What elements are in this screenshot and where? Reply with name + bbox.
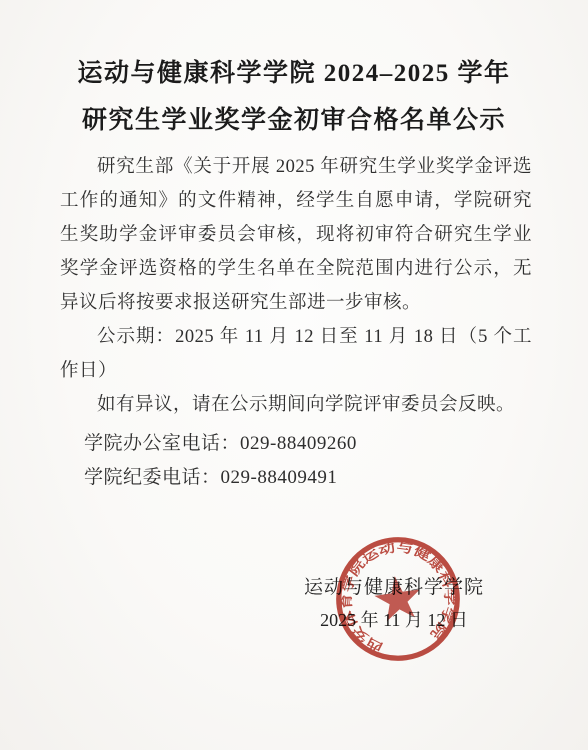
discipline-phone-line: 学院纪委电话：029-88409491 bbox=[84, 461, 357, 495]
document-title-line2: 研究生学业奖学金初审合格名单公示 bbox=[0, 100, 588, 136]
announcement-page: 运动与健康科学学院 2024–2025 学年 研究生学业奖学金初审合格名单公示 … bbox=[0, 0, 588, 750]
star-icon bbox=[372, 573, 424, 623]
paragraph-publicity-period: 公示期：2025 年 11 月 12 日至 11 月 18 日（5 个工作日） bbox=[60, 320, 532, 388]
contact-block: 学院办公室电话：029-88409260 学院纪委电话：029-88409491 bbox=[84, 427, 357, 495]
office-phone-line: 学院办公室电话：029-88409260 bbox=[84, 427, 357, 461]
document-title-line1: 运动与健康科学学院 2024–2025 学年 bbox=[0, 53, 588, 89]
paragraph-objection-notice: 如有异议，请在公示期间向学院评审委员会反映。 bbox=[60, 388, 532, 422]
paragraph-main: 研究生部《关于开展 2025 年研究生学业奖学金评选工作的通知》的文件精神，经学… bbox=[60, 150, 532, 320]
official-seal: 西安体育学院运动与健康科学学院 bbox=[325, 526, 472, 673]
document-body: 研究生部《关于开展 2025 年研究生学业奖学金评选工作的通知》的文件精神，经学… bbox=[60, 150, 532, 422]
